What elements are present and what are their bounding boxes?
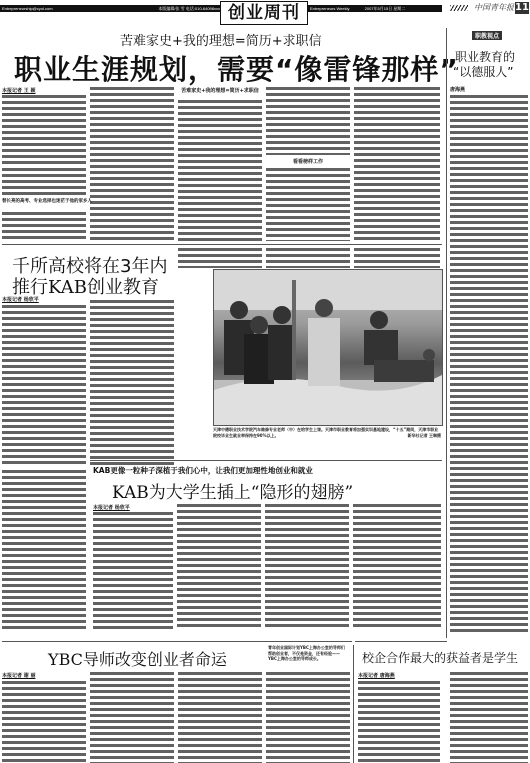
kab-story-1-col-5 [354, 248, 440, 268]
bottom-divider [353, 645, 354, 763]
kab-story-2-col-1 [93, 512, 173, 630]
main-story-kicker: 苦难家史+我的理想=简历+求职信 [120, 30, 322, 49]
main-story-col-3 [178, 100, 262, 241]
school-story-col-1 [358, 681, 440, 763]
sidebar-headline-line-2: “以德服人” [453, 63, 513, 80]
kab-story-1-col-1 [2, 305, 86, 465]
kab-story-1-col-3 [178, 248, 262, 268]
decorative-hatch-icon [450, 5, 468, 11]
kab-story-2-col-2 [177, 504, 261, 630]
kab-story-2-headline: KAB为大学生插上“隐形的翅膀” [112, 478, 353, 503]
ybc-story-deck: 青年创业国际计划YBC上海办公室的导师们帮助创业者，不仅是资金，还有经验——YB… [268, 645, 348, 667]
photo-credit: 新华社记者 王琳摄 [408, 433, 441, 439]
main-story-col-4 [266, 87, 350, 155]
issue-date: 2007年5月15日 星期二 [365, 6, 406, 11]
section-rule-1 [2, 244, 442, 245]
section-rule-4 [355, 641, 447, 642]
main-story-col-4b [266, 168, 350, 241]
ybc-story-col-4 [266, 672, 350, 763]
masthead-right-bar: Entrepreneurs Weekly 2007年5月15日 星期二 [308, 5, 442, 12]
newspaper-brand: 中国青年报 [474, 2, 514, 13]
sidebar-byline: 唐海燕 [450, 86, 465, 93]
masthead-left-bar: Entrepreneurship@cyol.com 本版编辑/张 雪 电话:01… [0, 5, 222, 12]
ybc-story-col-3 [178, 672, 262, 763]
main-story-headline: 职业生涯规划，需要“像雷锋那样” [14, 48, 459, 88]
main-story-col-5 [354, 87, 440, 241]
ybc-story-headline: YBC导师改变创业者命运 [48, 647, 227, 670]
main-story-col-1 [2, 95, 86, 165]
masthead-editor-info: 本版编辑/张 雪 电话:010-64098xxx [158, 5, 220, 12]
section-rule-2 [90, 460, 442, 461]
main-story-col-1b [2, 168, 86, 196]
section-title: 创业周刊 [220, 1, 308, 25]
sidebar-body [450, 95, 528, 635]
school-story-headline: 校企合作最大的获益者是学生 [362, 649, 518, 666]
ybc-story-col-1 [2, 681, 86, 763]
page-number: 11 [515, 2, 529, 14]
ybc-story-byline: 本报记者 谢 丽 [2, 672, 35, 679]
photo-caption: 天津中德职业技术学院汽车维修专业老师（中）在给学生上课。天津市职业教育将加强实训… [213, 427, 441, 441]
main-story-subhead-2: 苦难家史+我的理想=简历+求职信 [178, 87, 262, 94]
kab-story-2-byline: 本报记者 杨欣平 [93, 504, 130, 511]
classroom-photo-icon [214, 270, 442, 425]
english-title: Entrepreneurs Weekly [310, 6, 350, 11]
kab-story-1-col-1-cont [2, 470, 86, 630]
main-story-byline: 本报记者 王 颖 [2, 87, 35, 94]
school-story-byline: 本报记者 唐海燕 [358, 672, 395, 679]
ybc-story-col-2 [90, 672, 174, 763]
sidebar-divider [446, 28, 447, 638]
main-story-subhead-1: 替长亮的高考、专业选择也迷茫于他的家乡人 [2, 198, 86, 204]
main-story-subhead-3: 看看榜样工作 [266, 158, 350, 165]
kab-story-2-col-3 [265, 504, 349, 630]
section-rule-3 [2, 641, 352, 642]
masthead-email: Entrepreneurship@cyol.com [2, 6, 53, 11]
school-story-col-2 [450, 672, 528, 763]
main-story-col-1c [2, 212, 86, 242]
sidebar-section-label: 职教视点 [472, 31, 502, 40]
kab-story-1-byline: 本报记者 杨欣平 [2, 296, 39, 303]
kab-story-2-col-4 [353, 504, 441, 630]
photo-caption-text: 天津中德职业技术学院汽车维修专业老师（中）在给学生上课。天津市职业教育将加强实训… [213, 427, 438, 438]
kab-story-2-kicker: KAB更像一粒种子深植于我们心中，让我们更加理性地创业和就业 [93, 465, 313, 476]
kab-story-1-col-2 [90, 300, 174, 465]
main-story-col-2 [90, 87, 174, 241]
news-photo [213, 269, 443, 426]
kab-story-1-col-4 [266, 248, 350, 268]
